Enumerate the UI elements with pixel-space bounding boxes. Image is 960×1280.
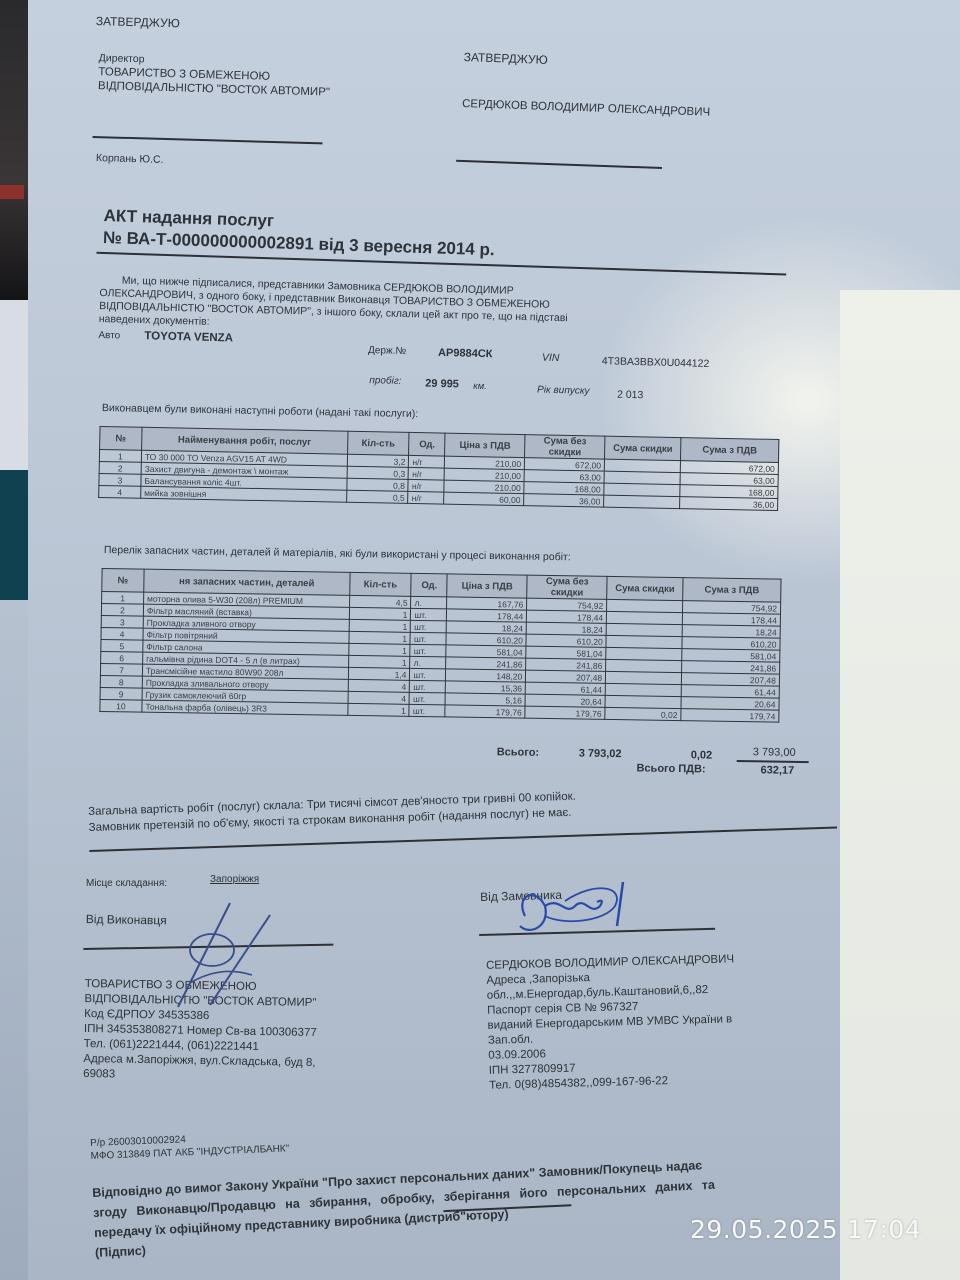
parts-caption: Перелік запасних частин, деталей й матер… — [104, 544, 571, 563]
executor-detail-line: 69083 — [83, 1068, 115, 1081]
table-cell: 7 — [100, 663, 142, 676]
table-cell: 3 — [99, 473, 141, 486]
approve-left: ЗАТВЕРДЖУЮ — [96, 14, 180, 30]
vin-value: 4T3BA3BBX0U044122 — [602, 355, 710, 370]
table-cell: шт. — [410, 668, 446, 681]
table-cell: 179,76 — [445, 705, 525, 718]
place-value: Запоріжжя — [210, 874, 259, 885]
column-header: Ціна з ПДВ — [447, 574, 527, 598]
table-cell: 9 — [100, 687, 142, 700]
table-cell: 1 — [99, 449, 141, 462]
table-cell: шт. — [410, 692, 446, 705]
vin-label: VIN — [542, 352, 560, 364]
vat-value: 632,17 — [760, 764, 794, 777]
table-cell: шт. — [410, 680, 446, 693]
column-header: Кіл-сть — [347, 431, 409, 455]
table-cell: 1 — [347, 703, 409, 716]
column-header: № — [100, 426, 142, 450]
customer-detail-line: СЕРДЮКОВ ВОЛОДИМИР ОЛЕКСАНДРОВИЧ — [486, 953, 734, 971]
auto-model: TOYOTA VENZA — [144, 330, 233, 344]
director-name: Корпань Ю.С. — [96, 152, 164, 166]
customer-detail-line: обл.,,м.Енергодар,буль.Каштановий,6,,82 — [487, 984, 709, 1002]
mileage-value: 29 995 — [425, 378, 459, 391]
column-header: ня запасних частин, деталей — [144, 569, 350, 595]
table-cell: 3 — [101, 615, 143, 628]
customer-detail-line: Адреса ,Запорізька — [486, 972, 590, 987]
company-line2: ВІДПОВІДАЛЬНІСТЮ "ВОСТОК АВТОМИР" — [98, 80, 330, 98]
column-header: Сума скидки — [605, 436, 681, 460]
executor-detail-line: Тел. (061)2221444, (061)2221441 — [84, 1038, 259, 1053]
table-cell: шт. — [410, 632, 446, 645]
customer-detail-line: 03.09.2006 — [488, 1048, 546, 1062]
table-cell: 4 — [348, 679, 410, 692]
plate-number: АР9884СК — [438, 347, 493, 360]
director-label: Директор — [99, 52, 145, 65]
column-header: Сума з ПДВ — [683, 578, 781, 603]
table-cell: 179,74 — [681, 709, 779, 723]
table-cell: 0,02 — [605, 707, 681, 720]
mileage-label: пробіг: — [369, 375, 401, 387]
table-cell: 60,00 — [444, 492, 524, 506]
table-cell: 2 — [101, 603, 143, 616]
table-cell — [604, 495, 680, 508]
year-value: 2 013 — [617, 389, 644, 402]
customer-name-header: СЕРДЮКОВ ВОЛОДИМИР ОЛЕКСАНДРОВИЧ — [462, 98, 710, 119]
signature-line-left — [93, 136, 323, 144]
table-cell: Тональна фарба (олівець) 3R3 — [142, 700, 348, 715]
place-label: Місце складання: — [86, 878, 167, 889]
column-header: Од. — [411, 573, 447, 597]
column-header: № — [102, 568, 144, 592]
customer-detail-line: виданий Енергодарським МВ УМВС України в — [487, 1013, 732, 1031]
table-cell: 1,4 — [348, 667, 410, 680]
executor-detail-line: Адреса м.Запоріжжя, вул.Складська, буд 8… — [83, 1053, 315, 1069]
executor-detail-line: ІПН 345353808271 Номер Св-ва 100306377 — [84, 1023, 317, 1039]
table-cell: н/г — [408, 479, 444, 492]
table-cell: 6 — [101, 651, 143, 664]
table-cell: 179,76 — [525, 706, 605, 719]
column-header: Ціна з ПДВ — [445, 433, 525, 458]
signature-line-right — [456, 160, 662, 169]
table-cell: н/г — [409, 467, 445, 480]
act-title: АКТ надання послуг — [103, 206, 274, 231]
total-with-vat: 3 793,00 — [753, 746, 796, 759]
table-cell: 1 — [349, 619, 411, 632]
table-cell: 1 — [348, 655, 410, 668]
table-cell: 10 — [100, 699, 142, 712]
column-header: Сума без скидки — [527, 575, 607, 599]
approve-right: ЗАТВЕРДЖУЮ — [464, 50, 549, 67]
table-cell: 0,5 — [346, 490, 408, 503]
photo-timestamp: 29.05.2025 17:04 — [690, 1215, 921, 1244]
table-cell: мийка зовнішня — [141, 486, 347, 502]
executor-label: Від Виконавця — [86, 912, 167, 927]
vat-label: Всього ПДВ: — [636, 762, 705, 775]
table-cell: 1 — [348, 643, 410, 656]
document-page: ЗАТВЕРДЖУЮ Директор ТОВАРИСТВО З ОБМЕЖЕН… — [0, 0, 960, 1280]
total-label: Всього: — [497, 746, 540, 759]
column-header: Сума без скидки — [525, 435, 605, 460]
table-cell: 1 — [349, 631, 411, 644]
table-cell: н/г — [408, 491, 444, 504]
consent-signature-label: (Підпис) — [95, 1244, 146, 1260]
table-cell: 36,00 — [680, 497, 778, 511]
total-underline — [737, 760, 809, 763]
executor-signature — [160, 895, 280, 1015]
customer-detail-line: Тел. 0(98)4854382,,099-167-96-22 — [489, 1075, 668, 1092]
customer-detail-line: ІПН 3277809917 — [489, 1063, 576, 1077]
works-table: №Найменування робіт, послугКіл-стьОд.Цін… — [98, 426, 779, 511]
intro-line: наведених документів: — [99, 313, 210, 328]
table-cell: 4 — [101, 627, 143, 640]
column-header: Кіл-сть — [349, 572, 411, 596]
table-cell: 2 — [99, 461, 141, 474]
table-cell: н/г — [409, 455, 445, 468]
column-header: Сума з ПДВ — [681, 438, 779, 463]
total-discount: 0,02 — [691, 749, 713, 761]
table-cell: 36,00 — [524, 494, 604, 508]
works-caption: Виконавцем були виконані наступні роботи… — [102, 402, 419, 420]
table-cell: л. — [410, 656, 446, 669]
table-cell: 1 — [349, 607, 411, 620]
table-cell: 4,5 — [349, 595, 411, 608]
bank-account: Р/р 26003010002924 — [90, 1134, 186, 1149]
table-cell: шт. — [411, 608, 447, 621]
table-cell: 5 — [101, 639, 143, 652]
table-cell: шт. — [410, 644, 446, 657]
table-cell: шт. — [411, 620, 447, 633]
customer-detail-line: Паспорт серія СВ № 967327 — [487, 1001, 639, 1017]
table-cell: 1 — [102, 591, 144, 604]
column-header: Сума скидки — [607, 576, 683, 600]
plate-label: Держ.№ — [368, 345, 406, 357]
parts-table: №ня запасних частин, деталейКіл-стьОд.Ці… — [99, 568, 781, 723]
total-no-discount: 3 793,02 — [579, 747, 622, 760]
column-header: Од. — [409, 432, 445, 456]
table-cell: 4 — [348, 691, 410, 704]
customer-detail-line: Зап.обл. — [488, 1034, 533, 1047]
table-cell: шт. — [409, 704, 445, 717]
table-cell: 8 — [100, 675, 142, 688]
table-cell: 4 — [99, 485, 141, 498]
mileage-unit: км. — [473, 381, 487, 392]
year-label: Рік випуску — [537, 384, 590, 396]
table-cell: л. — [411, 596, 447, 609]
auto-label: Авто — [98, 330, 120, 342]
customer-signature — [505, 876, 635, 946]
